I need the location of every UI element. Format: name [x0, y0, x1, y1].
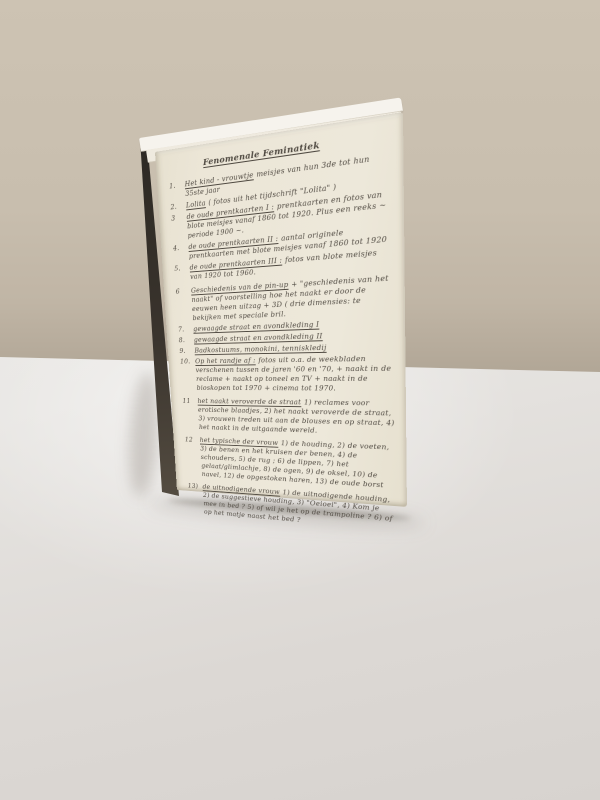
item-number: 9. — [179, 346, 195, 355]
item-rest: + "geschiedenis van het naakt" of voorst… — [191, 273, 388, 322]
item-rest: 1) de uitnodigende houding, 2) de sugges… — [203, 488, 393, 524]
list-item: 6 Geschiedenis van de pin-up+ "geschiede… — [175, 273, 393, 323]
item-text: het typische der vrouw1) de houding, 2) … — [200, 436, 397, 491]
list-item: 10. Op het randje af :fotos uit o.a. de … — [180, 354, 395, 394]
item-number: 2. — [170, 201, 186, 212]
item-number: 5. — [174, 263, 190, 283]
item-number: 7. — [178, 325, 194, 335]
item-text: Op het randje af :fotos uit o.a. de week… — [195, 354, 395, 394]
item-number: 3 — [171, 212, 188, 242]
handwriting-list: 1. Het kind - vrouwtjemeisjes van hun 3d… — [169, 151, 397, 533]
item-number: 8. — [179, 336, 195, 345]
item-head: Badkostuums, monokini, tenniskledij — [194, 343, 326, 354]
item-head: Lolita — [186, 198, 206, 209]
item-head: gewaagde straat en avondkleding II — [194, 331, 323, 343]
item-number: 4. — [173, 243, 189, 263]
handwriting-block: Fenomenale Feminatiek 1. Het kind - vrou… — [155, 112, 407, 507]
booklet-front-cover: Fenomenale Feminatiek 1. Het kind - vrou… — [155, 112, 407, 507]
item-head: Op het randje af : — [195, 356, 256, 365]
photo-scene: Fenomenale Feminatiek 1. Het kind - vrou… — [0, 0, 600, 800]
item-text: het naakt veroverde de straat1) reclames… — [197, 397, 395, 438]
item-text: Geschiedenis van de pin-up+ "geschiedeni… — [191, 273, 394, 323]
list-item: 11 het naakt veroverde de straat1) recla… — [182, 397, 395, 438]
item-number: 1. — [169, 180, 186, 201]
item-rest: 1) de houding, 2) de voeten, 3) de benen… — [200, 439, 389, 489]
